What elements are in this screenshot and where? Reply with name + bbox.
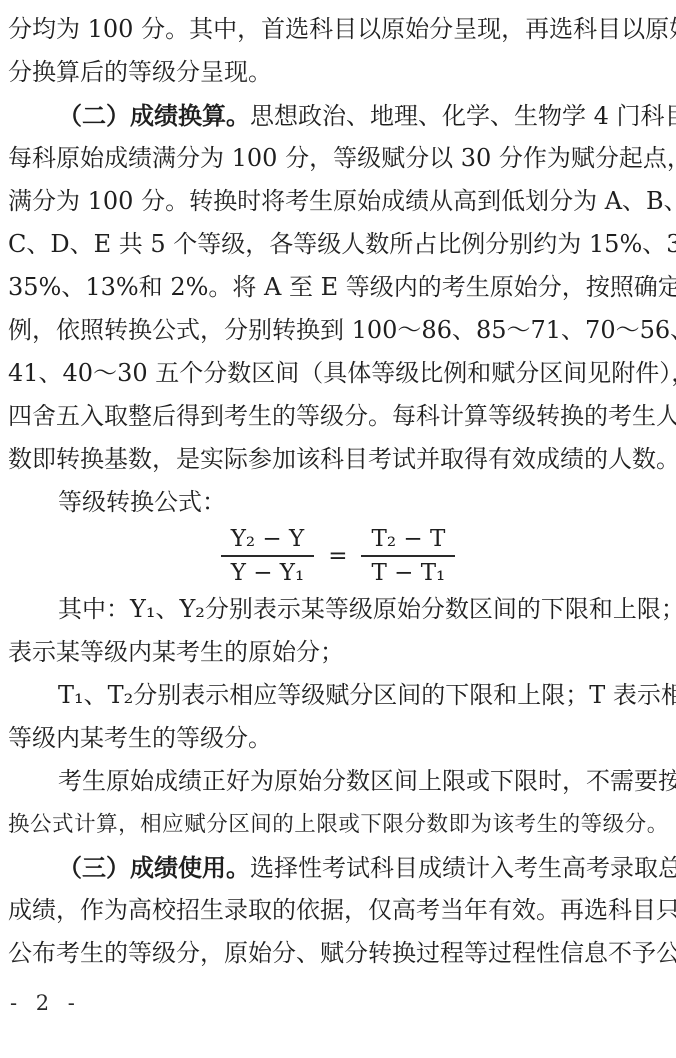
- text-line: （二）成绩换算。思想政治、地理、化学、生物学 4 门科目: [8, 94, 668, 137]
- section-heading: （三）成绩使用。: [58, 853, 250, 882]
- formula-left-numerator: Y₂ − Y: [221, 526, 314, 557]
- text-line: 考生原始成绩正好为原始分数区间上限或下限时，不需要按转: [8, 760, 668, 803]
- grade-conversion-formula: Y₂ − Y Y − Y₁ = T₂ − T T − T₁: [8, 524, 668, 588]
- text-run: 选择性考试科目成绩计入考生高考录取总: [250, 854, 676, 882]
- document-page: 分均为 100 分。其中，首选科目以原始分呈现，再选科目以原始 分换算后的等级分…: [0, 0, 676, 1058]
- text-line: 其中：Y₁、Y₂分别表示某等级原始分数区间的下限和上限；Y: [8, 588, 668, 631]
- equals-sign: =: [328, 543, 347, 569]
- text-line: 35%、13%和 2%。将 A 至 E 等级内的考生原始分，按照确定比: [8, 266, 668, 309]
- text-run: 思想政治、地理、化学、生物学 4 门科目: [250, 102, 676, 130]
- fraction-left: Y₂ − Y Y − Y₁: [221, 526, 314, 587]
- text-line: 表示某等级内某考生的原始分；: [8, 631, 668, 674]
- text-line: 41、40～30 五个分数区间（具体等级比例和赋分区间见附件），: [8, 352, 668, 395]
- text-line: 数即转换基数，是实际参加该科目考试并取得有效成绩的人数。: [8, 438, 668, 481]
- text-line: 分换算后的等级分呈现。: [8, 51, 668, 94]
- text-line: 换公式计算，相应赋分区间的上限或下限分数即为该考生的等级分。: [8, 803, 668, 846]
- text-line: （三）成绩使用。选择性考试科目成绩计入考生高考录取总: [8, 846, 668, 889]
- fraction-right: T₂ − T T − T₁: [361, 526, 455, 587]
- text-line: 成绩，作为高校招生录取的依据，仅高考当年有效。再选科目只: [8, 889, 668, 932]
- text-line: 公布考生的等级分，原始分、赋分转换过程等过程性信息不予公: [8, 932, 668, 975]
- text-line: 等级转换公式：: [8, 481, 668, 524]
- text-line: 等级内某考生的等级分。: [8, 717, 668, 760]
- page-number: - 2 -: [10, 982, 81, 1025]
- text-line: 例，依照转换公式，分别转换到 100～86、85～71、70～56、55～: [8, 309, 668, 352]
- formula-right-numerator: T₂ − T: [361, 526, 455, 557]
- formula-right-denominator: T − T₁: [361, 557, 455, 586]
- section-heading: （二）成绩换算。: [58, 101, 250, 130]
- text-line: T₁、T₂分别表示相应等级赋分区间的下限和上限；T 表示相应: [8, 674, 668, 717]
- text-line: 每科原始成绩满分为 100 分，等级赋分以 30 分作为赋分起点，: [8, 137, 668, 180]
- formula-left-denominator: Y − Y₁: [221, 557, 314, 586]
- text-line: C、D、E 共 5 个等级，各等级人数所占比例分别约为 15%、35%、: [8, 223, 668, 266]
- text-line: 分均为 100 分。其中，首选科目以原始分呈现，再选科目以原始: [8, 8, 668, 51]
- text-line: 满分为 100 分。转换时将考生原始成绩从高到低划分为 A、B、: [8, 180, 668, 223]
- text-line: 四舍五入取整后得到考生的等级分。每科计算等级转换的考生人: [8, 395, 668, 438]
